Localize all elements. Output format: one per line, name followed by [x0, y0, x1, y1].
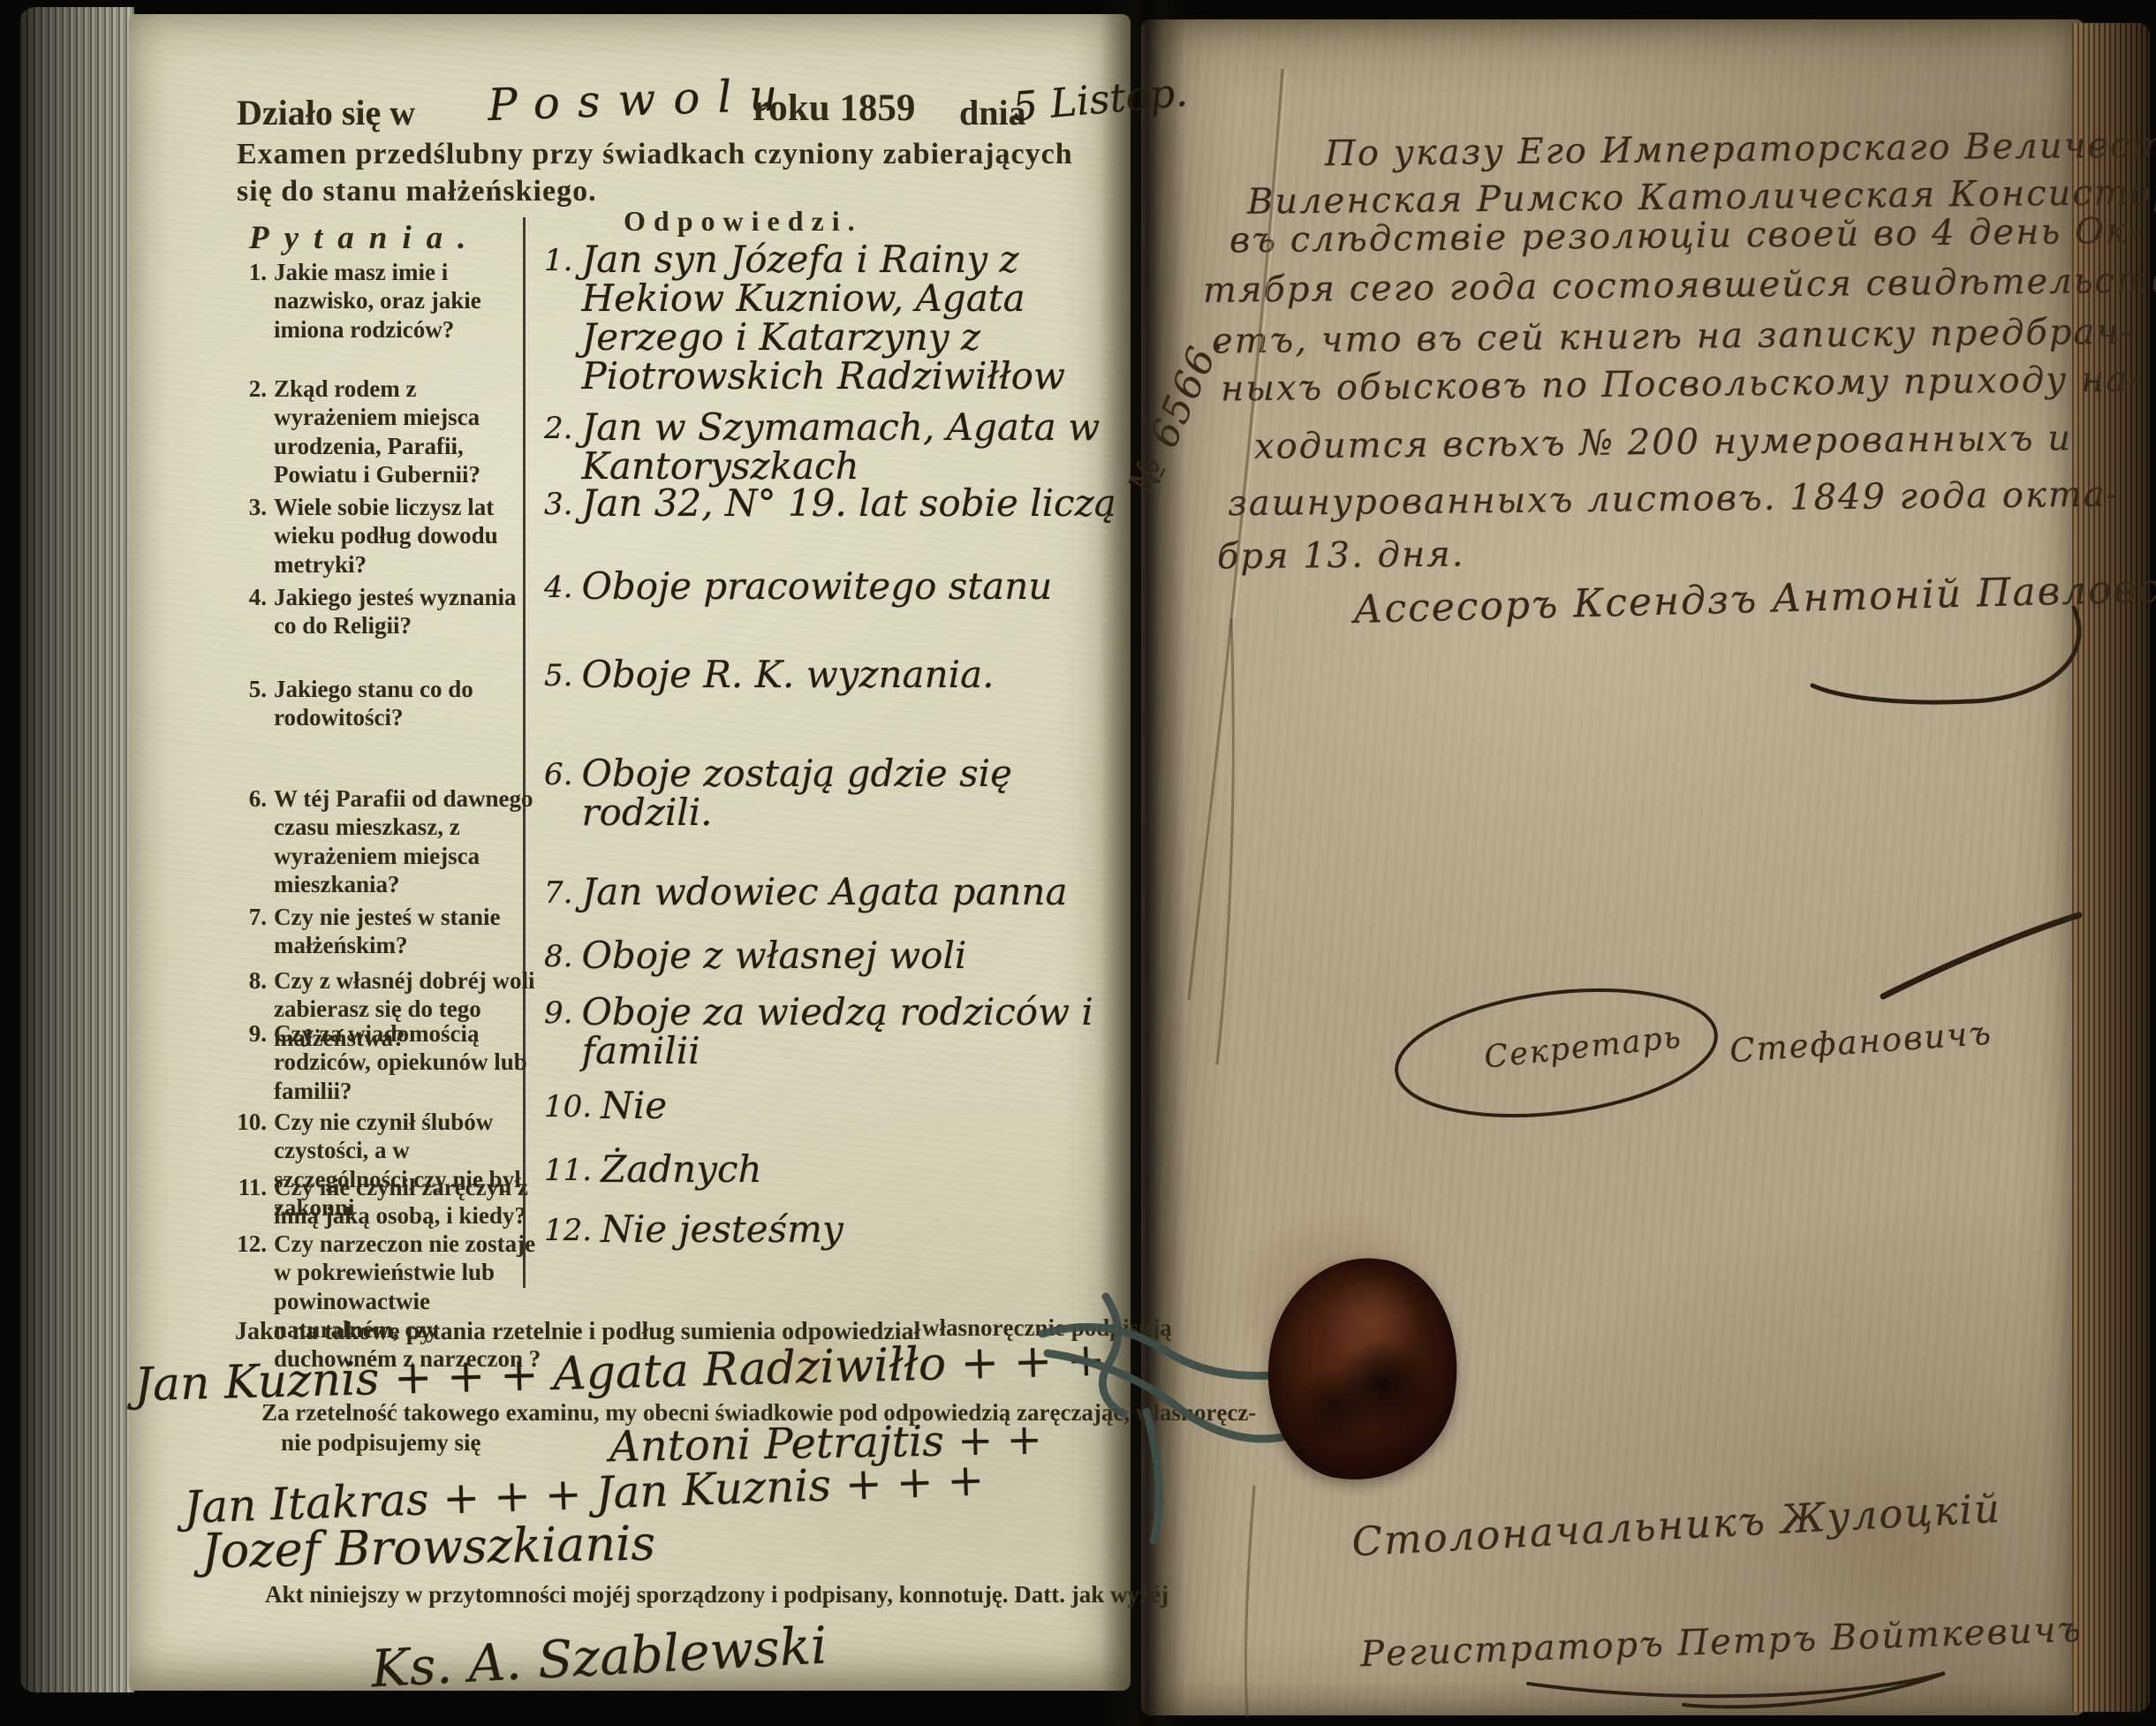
question-number: 3. — [228, 493, 274, 579]
answer-text: Nie jesteśmy — [601, 1210, 843, 1249]
question-number: 4. — [228, 583, 274, 640]
question-text: Wiele sobie liczysz lat wieku podług dow… — [274, 493, 542, 579]
answer-number: 9. — [544, 993, 581, 1071]
question-row: 4.Jakiego jesteś wyznania co do Religii? — [228, 583, 542, 640]
answer-row: 2.Jan w Szymamach, Agata w Kantoryszkach — [544, 408, 1127, 486]
question-number: 6. — [228, 784, 274, 899]
question-text: Zkąd rodem z wyrażeniem miejsca urodzeni… — [274, 375, 542, 489]
acted-at-label: Działo się w — [237, 92, 415, 133]
question-text: W téj Parafii od dawnego czasu mieszkasz… — [274, 784, 542, 899]
answer-row: 10.Nie — [544, 1086, 1127, 1125]
question-text: Jakie masz imie i nazwisko, oraz jakie i… — [274, 258, 542, 344]
answer-number: 8. — [544, 936, 581, 975]
answer-row: 1.Jan syn Józefa i Rainy z Hekiow Kuznio… — [544, 240, 1127, 396]
question-number: 12. — [228, 1230, 274, 1373]
consistory-text-line: ходится всѣхъ № 200 нумерованныхъ и — [1254, 418, 2072, 467]
question-number: 7. — [228, 903, 274, 960]
answer-text: Oboje zostają gdzie się rodzili. — [581, 754, 1127, 832]
answer-number: 7. — [544, 873, 581, 912]
answer-row: 9.Oboje za wiedzą rodziców i familii — [544, 993, 1127, 1071]
question-row: 9.Czy za wiadomością rodziców, opiekunów… — [228, 1019, 542, 1105]
question-row: 2.Zkąd rodem z wyrażeniem miejsca urodze… — [228, 375, 542, 489]
question-row: 1.Jakie masz imie i nazwisko, oraz jakie… — [228, 258, 542, 344]
question-row: 11.Czy nie czynił zaręczyn z inną jaką o… — [228, 1173, 542, 1230]
question-number: 5. — [228, 675, 274, 732]
consistory-text-line: По указу Его Императорскаго Величества — [1325, 125, 2156, 175]
witness-signature-3: Jozef Browszkianis — [200, 1516, 655, 1579]
answer-text: Oboje R. K. wyznania. — [581, 655, 994, 694]
question-text: Czy nie czynił zaręczyn z inną jaką osob… — [274, 1173, 542, 1230]
question-text: Czy nie jesteś w stanie małżeńskim? — [274, 903, 542, 960]
answer-text: Oboje pracowitego stanu — [581, 567, 1052, 606]
year-label: roku 1859 — [753, 87, 915, 130]
question-text: Jakiego stanu co do rodowitości? — [274, 675, 542, 732]
question-number: 1. — [228, 258, 274, 344]
answer-row: 3.Jan 32, N° 19. lat sobie liczą — [544, 484, 1127, 523]
answer-text: Jan w Szymamach, Agata w Kantoryszkach — [581, 408, 1127, 486]
title-line-1: Examen przedślubny przy świadkach czynio… — [237, 138, 1073, 171]
place-handwritten: Poswolu — [487, 69, 796, 131]
answer-text: Żadnych — [601, 1150, 761, 1189]
answer-row: 5.Oboje R. K. wyznania. — [544, 655, 1127, 694]
answer-text: Nie — [601, 1086, 667, 1125]
closing-statement: Akt niniejszy w przytomności mojéj sporz… — [265, 1581, 1169, 1609]
answer-number: 12. — [544, 1210, 601, 1249]
answer-number: 3. — [544, 484, 581, 523]
question-row: 6.W téj Parafii od dawnego czasu mieszka… — [228, 784, 542, 899]
answer-text: Jan syn Józefa i Rainy z Hekiow Kuzniow,… — [581, 240, 1127, 396]
witness-statement-line-2: nie podpisujemy się — [281, 1429, 481, 1457]
answer-text: Oboje z własnej woli — [581, 936, 966, 975]
answer-row: 11.Żadnych — [544, 1150, 1127, 1189]
question-row: 7.Czy nie jesteś w stanie małżeńskim? — [228, 903, 542, 960]
book-spread-photo: Działo się w Poswolu roku 1859 dnia 5 Li… — [0, 0, 2156, 1726]
answer-number: 6. — [544, 754, 581, 832]
answer-row: 8.Oboje z własnej woli — [544, 936, 1127, 975]
answer-number: 4. — [544, 567, 581, 606]
answer-number: 11. — [544, 1150, 601, 1189]
answer-number: 10. — [544, 1086, 601, 1125]
answers-column-header: Odpowiedzi. — [624, 205, 863, 238]
question-text: Czy za wiadomością rodziców, opiekunów l… — [274, 1019, 542, 1105]
answer-text: Jan 32, N° 19. lat sobie liczą — [581, 484, 1116, 523]
consistory-text-line: бря 13. дня. — [1217, 534, 1465, 578]
question-number: 9. — [228, 1019, 274, 1105]
answer-row: 4.Oboje pracowitego stanu — [544, 567, 1127, 606]
questions-column-header: Pytania. — [249, 219, 480, 257]
answer-number: 5. — [544, 655, 581, 694]
question-text: Jakiego jesteś wyznania co do Religii? — [274, 583, 542, 640]
question-row: 5.Jakiego stanu co do rodowitości? — [228, 675, 542, 732]
answer-text: Jan wdowiec Agata panna — [581, 873, 1067, 912]
answer-row: 12.Nie jesteśmy — [544, 1210, 1127, 1249]
answer-row: 7.Jan wdowiec Agata panna — [544, 873, 1127, 912]
left-fore-edge-stack — [19, 7, 134, 1692]
question-number: 2. — [228, 375, 274, 489]
answer-number: 2. — [544, 408, 581, 486]
answer-row: 6.Oboje zostają gdzie się rodzili. — [544, 754, 1127, 832]
question-row: 3.Wiele sobie liczysz lat wieku podług d… — [228, 493, 542, 579]
answer-text: Oboje za wiedzą rodziców i familii — [581, 993, 1127, 1071]
question-number: 11. — [228, 1173, 274, 1230]
title-line-2: się do stanu małżeńskiego. — [237, 175, 597, 208]
answer-number: 1. — [544, 240, 581, 396]
